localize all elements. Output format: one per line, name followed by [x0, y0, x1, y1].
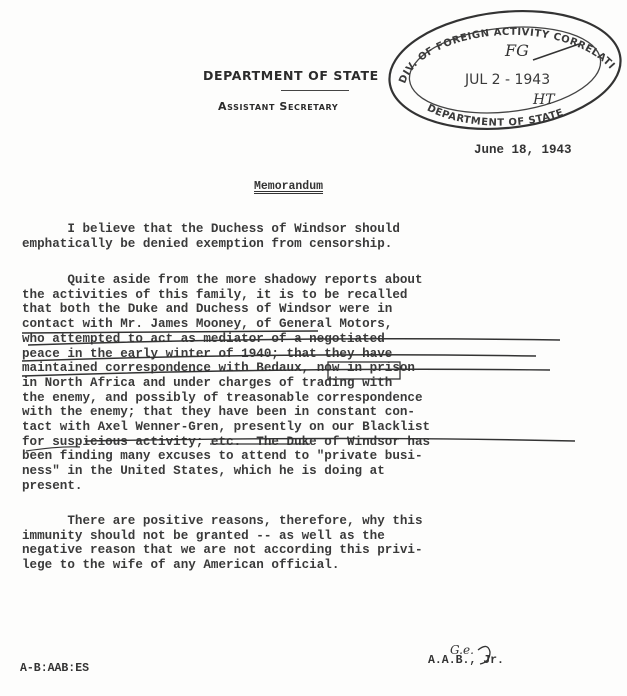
stamp-initials-bottom: HT [532, 92, 556, 108]
memorandum-page: DEPARTMENT OF STATE Assistant Secretary … [0, 0, 627, 696]
letterhead-office: Assistant Secretary [218, 100, 338, 113]
reference-initials: A-B:AAB:ES [20, 662, 89, 675]
stamp-date: JUL 2 - 1943 [464, 72, 550, 88]
handwritten-signature: G.e. [440, 636, 540, 676]
received-stamp: DIV. OF FOREIGN ACTIVITY CORRELATION DEP… [383, 4, 623, 136]
paragraph-2: Quite aside from the more shadowy report… [22, 273, 602, 494]
memo-date: June 18, 1943 [474, 143, 572, 157]
stamp-initials-top: FG [504, 41, 529, 60]
memo-title: Memorandum [254, 180, 323, 193]
svg-text:G.e.: G.e. [450, 643, 474, 657]
paragraph-3: There are positive reasons, therefore, w… [22, 514, 602, 573]
letterhead-divider [281, 90, 349, 91]
paragraph-1: I believe that the Duchess of Windsor sh… [22, 222, 602, 251]
letterhead-department: DEPARTMENT OF STATE [203, 68, 379, 83]
